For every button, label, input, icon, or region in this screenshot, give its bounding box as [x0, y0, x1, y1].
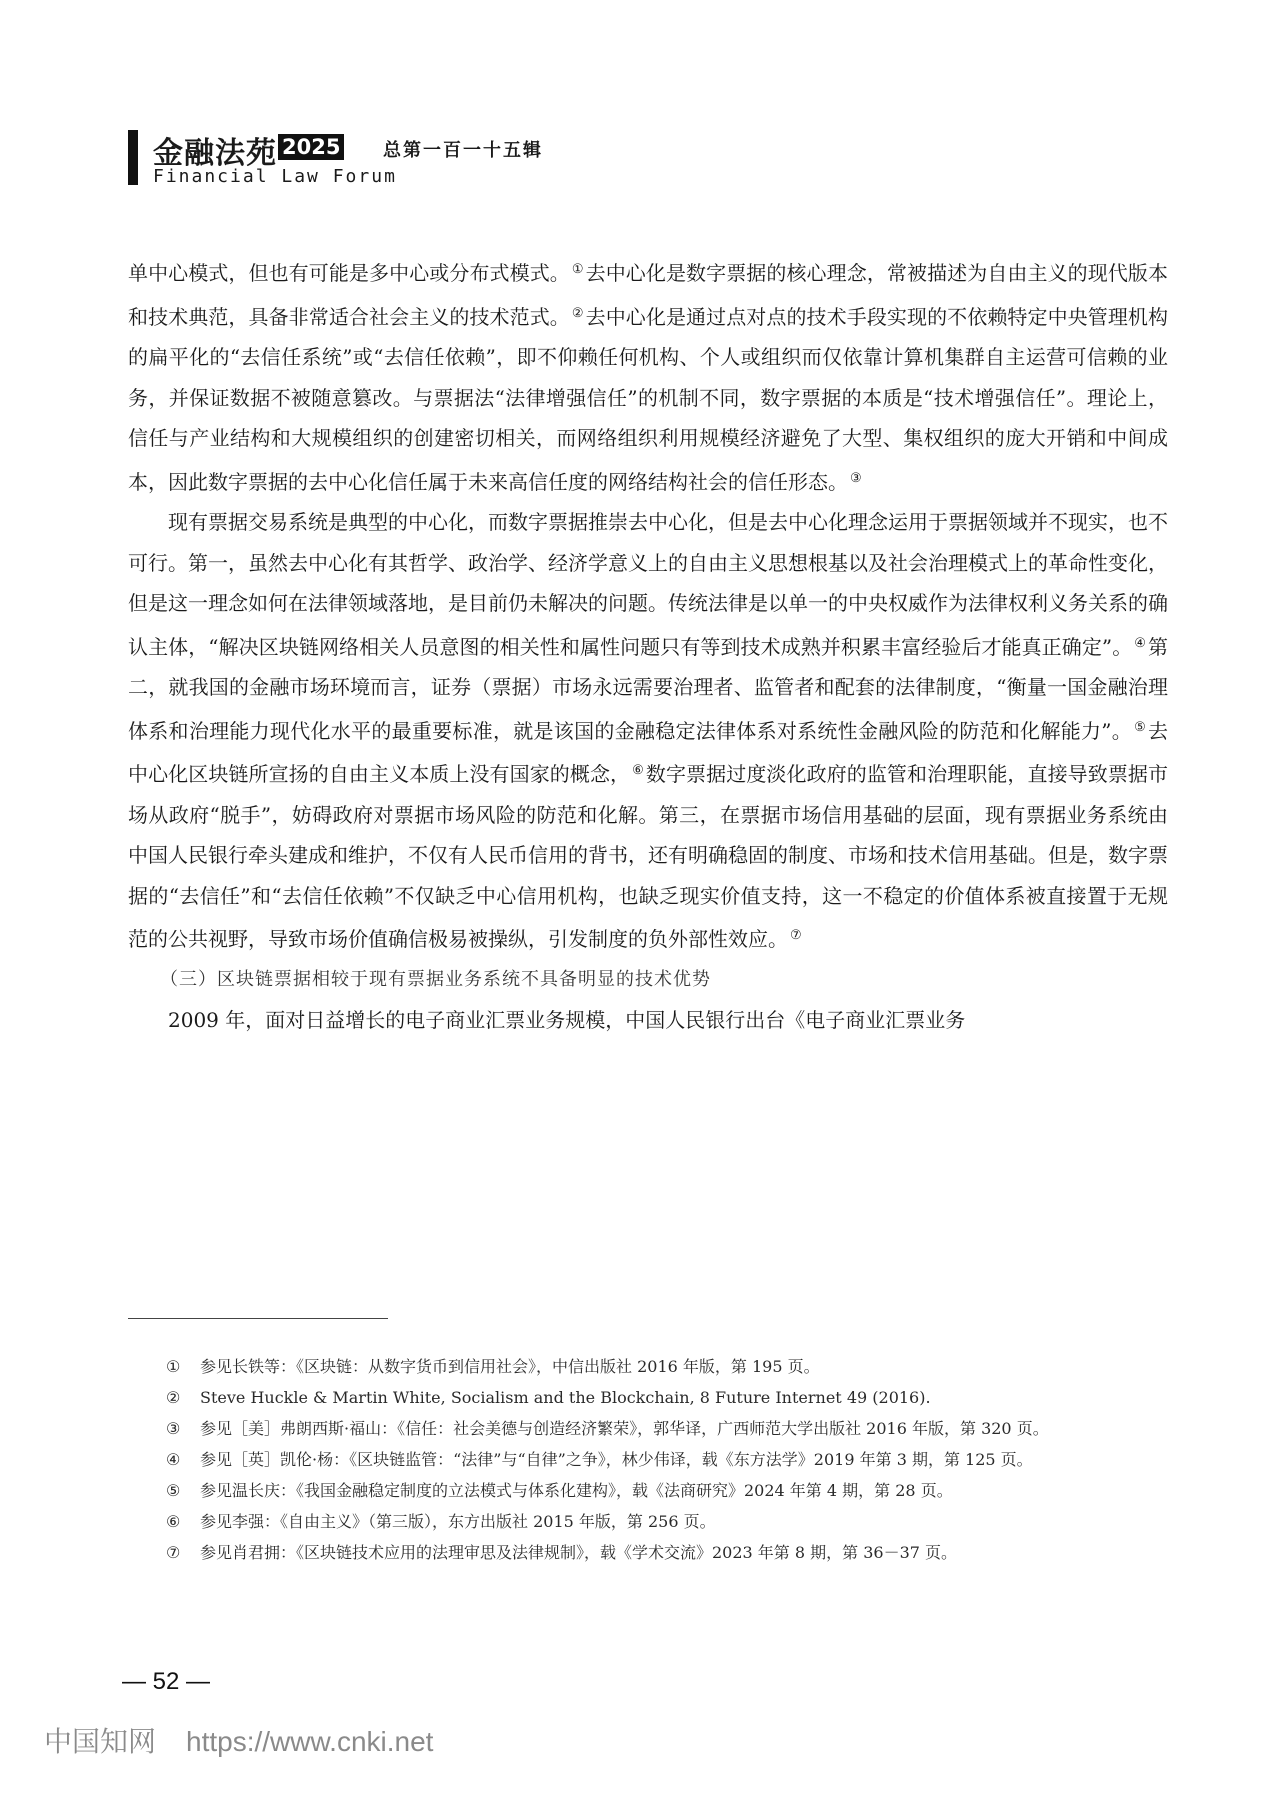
footnote-item: ③参见［美］弗朗西斯·福山：《信任：社会美德与创造经济繁荣》，郭华译，广西师范大… [128, 1414, 1168, 1443]
footnote-item: ④参见［英］凯伦·杨：《区块链监管：“法律”与“自律”之争》，林少伟译，载《东方… [128, 1445, 1168, 1474]
footnote-number: ③ [166, 1414, 200, 1443]
journal-title-en: Financial Law Forum [153, 166, 397, 187]
header-accent-bar [128, 130, 138, 185]
footnote-number: ⑤ [166, 1476, 200, 1505]
article-body: 单中心模式，但也有可能是多中心或分布式模式。①去中心化是数字票据的核心理念，常被… [128, 250, 1168, 1041]
footnote-ref[interactable]: ③ [850, 471, 862, 486]
page-number: — 52 — [122, 1668, 210, 1696]
footnotes: ①参见长铁等：《区块链：从数字货币到信用社会》，中信出版社 2016 年版，第 … [128, 1352, 1168, 1569]
watermark-url[interactable]: https://www.cnki.net [186, 1726, 433, 1757]
footnote-item: ①参见长铁等：《区块链：从数字货币到信用社会》，中信出版社 2016 年版，第 … [128, 1352, 1168, 1381]
footnote-number: ⑦ [166, 1538, 200, 1567]
footnote-item: ⑥参见李强：《自由主义》（第三版），东方出版社 2015 年版，第 256 页。 [128, 1507, 1168, 1536]
year-badge: 2025 [278, 134, 344, 160]
footnote-number: ⑥ [166, 1507, 200, 1536]
footnote-ref[interactable]: ⑥ [632, 763, 644, 778]
issue-number: 总第一百一十五辑 [383, 136, 543, 162]
footnote-item: ⑤参见温长庆：《我国金融稳定制度的立法模式与体系化建构》，载《法商研究》2024… [128, 1476, 1168, 1505]
footnote-item: ⑦参见肖君拥：《区块链技术应用的法理审思及法律规制》，载《学术交流》2023 年… [128, 1538, 1168, 1567]
footnote-number: ④ [166, 1445, 200, 1474]
paragraph: 现有票据交易系统是典型的中心化，而数字票据推崇去中心化，但是去中心化理念运用于票… [128, 502, 1168, 960]
footnote-ref[interactable]: ⑦ [790, 928, 802, 943]
footnote-divider [128, 1318, 388, 1319]
watermark-name: 中国知网 [44, 1726, 156, 1757]
footnote-number: ② [166, 1383, 200, 1412]
section-subheading: （三）区块链票据相较于现有票据业务系统不具备明显的技术优势 [128, 960, 1168, 1001]
footnote-ref[interactable]: ① [572, 262, 584, 277]
footnote-ref[interactable]: ② [572, 306, 584, 321]
cnki-watermark: 中国知网https://www.cnki.net [44, 1720, 433, 1760]
paragraph: 2009 年，面对日益增长的电子商业汇票业务规模，中国人民银行出台《电子商业汇票… [128, 1000, 1168, 1041]
footnote-ref[interactable]: ⑤ [1134, 720, 1146, 735]
footnote-ref[interactable]: ④ [1134, 636, 1146, 651]
paragraph: 单中心模式，但也有可能是多中心或分布式模式。①去中心化是数字票据的核心理念，常被… [128, 250, 1168, 502]
footnote-item: ②Steve Huckle & Martin White, Socialism … [128, 1383, 1168, 1412]
footnote-number: ① [166, 1352, 200, 1381]
